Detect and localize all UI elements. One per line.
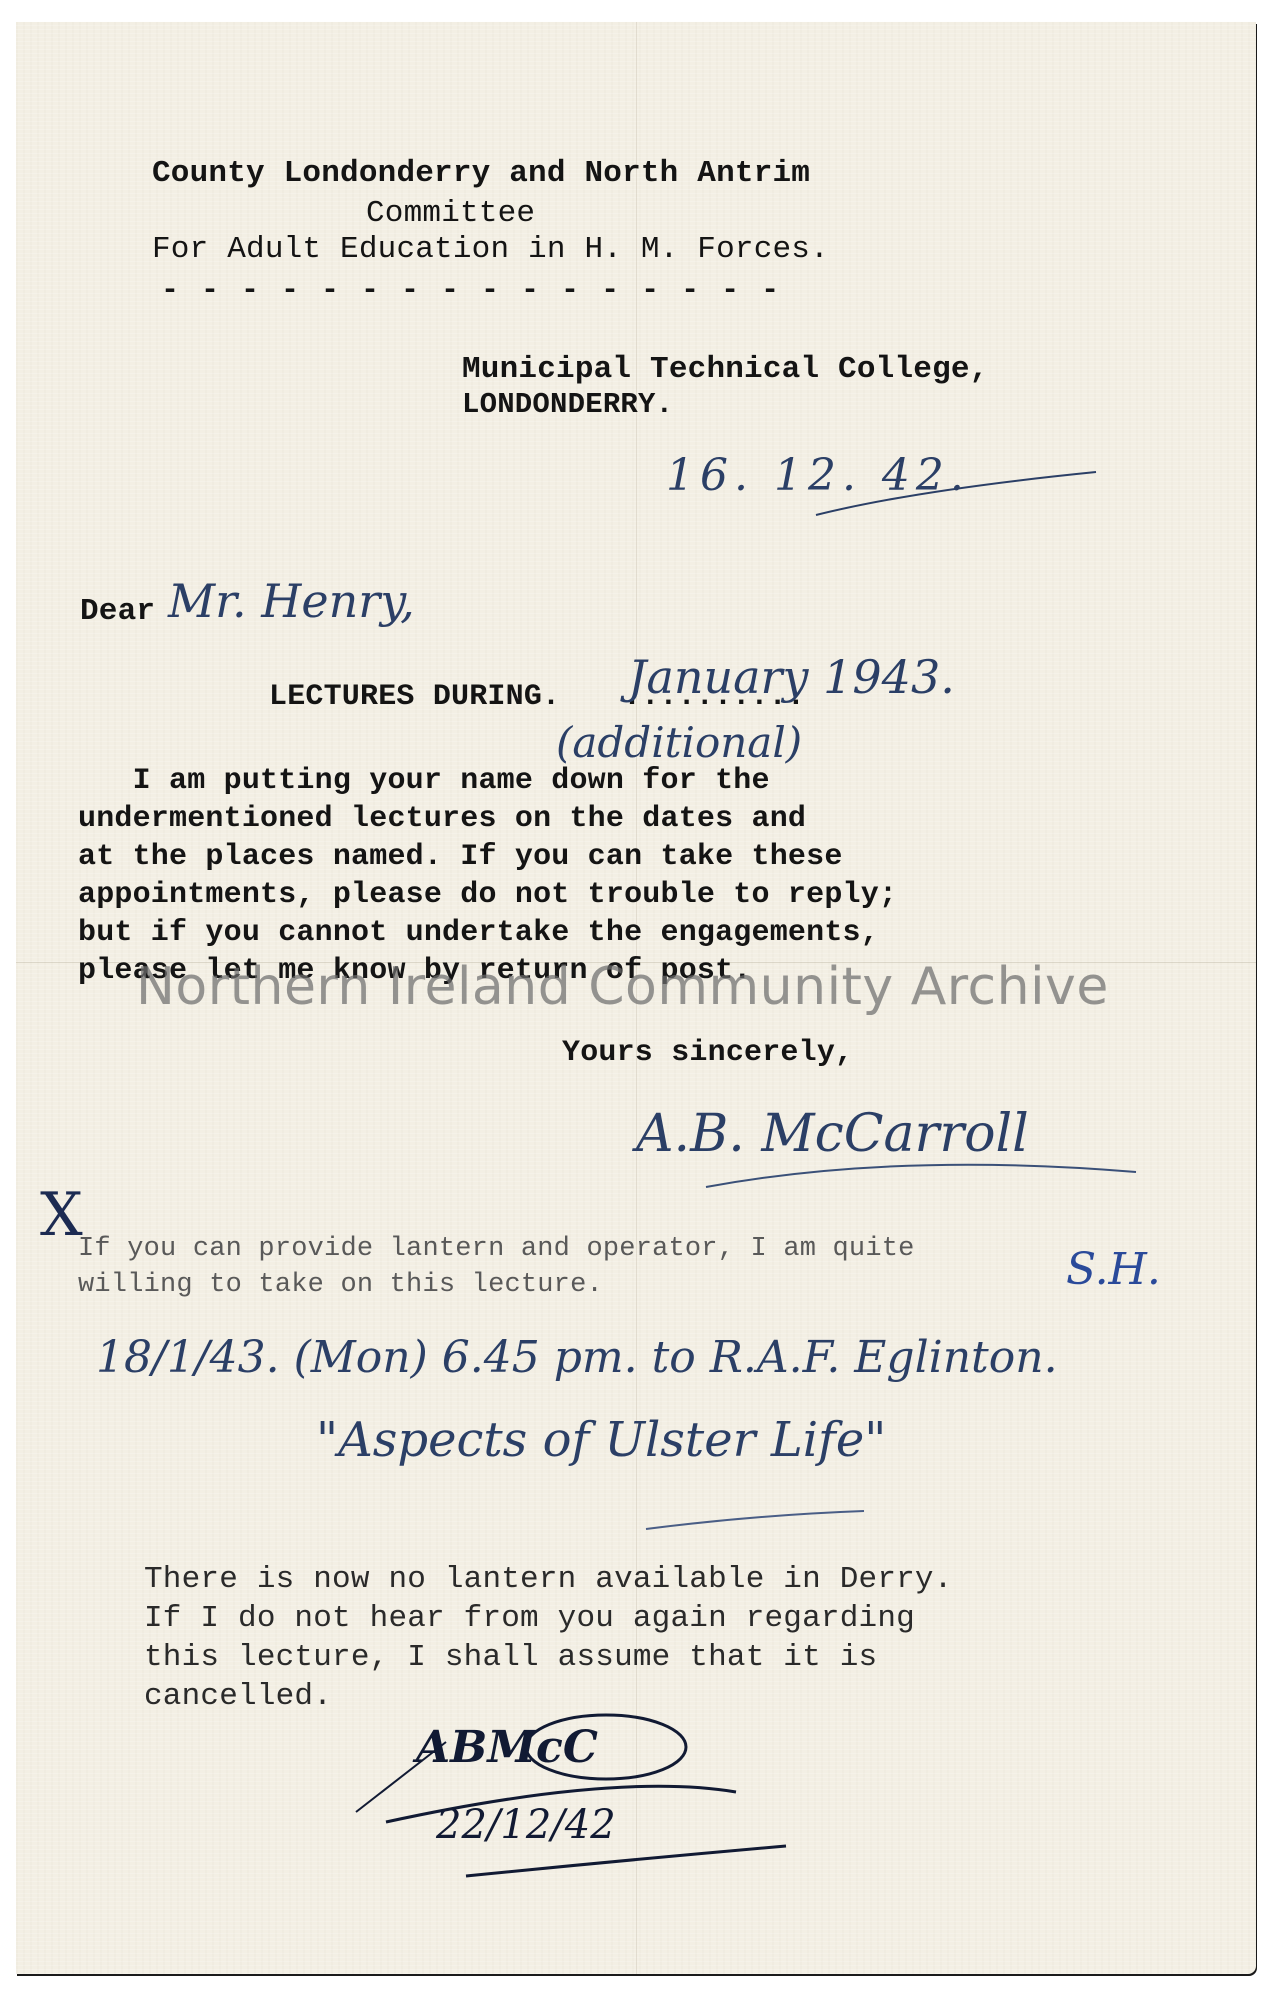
recipient-name: Mr. Henry, <box>168 574 415 628</box>
subject-additional-note: (additional) <box>556 718 802 767</box>
address-line-2: LONDONDERRY. <box>462 388 673 421</box>
reply-initials: S.H. <box>1066 1244 1161 1295</box>
followup-line: this lecture, I shall assume that it is <box>144 1640 877 1675</box>
address-line-1: Municipal Technical College, <box>462 352 989 387</box>
reply-line: If you can provide lantern and operator,… <box>78 1234 915 1264</box>
followup-line: cancelled. <box>144 1679 332 1714</box>
lecture-title: "Aspects of Ulster Life" <box>316 1412 886 1468</box>
subject-month: January 1943. <box>628 650 955 704</box>
body-line: appointments, please do not trouble to r… <box>78 878 897 912</box>
archive-watermark: Northern Ireland Community Archive <box>136 957 1109 1017</box>
body-line: but if you cannot undertake the engageme… <box>78 916 879 950</box>
letterhead-line-2: Committee <box>366 196 535 231</box>
reply-line: willing to take on this lecture. <box>78 1270 603 1300</box>
followup-line: If I do not hear from you again regardin… <box>144 1601 915 1636</box>
signature-underline <box>696 1142 1156 1202</box>
letter-page: County Londonderry and North Antrim Comm… <box>16 22 1256 1974</box>
letterhead-divider: - - - - - - - - - - - - - - - - <box>161 274 781 308</box>
body-line: undermentioned lectures on the dates and <box>78 802 806 836</box>
letterhead-line-3: For Adult Education in H. M. Forces. <box>152 232 829 267</box>
salutation-dear: Dear <box>80 594 155 629</box>
letterhead-line-1: County Londonderry and North Antrim <box>152 156 810 191</box>
reply-x-mark: X <box>40 1180 83 1250</box>
followup-line: There is now no lantern available in Der… <box>144 1562 953 1597</box>
body-line: I am putting your name down for the <box>78 764 770 798</box>
followup-date-underline <box>456 1842 796 1882</box>
body-line: at the places named. If you can take the… <box>78 840 843 874</box>
lecture-details: 18/1/43. (Mon) 6.45 pm. to R.A.F. Eglint… <box>96 1332 1058 1383</box>
closing: Yours sincerely, <box>562 1036 853 1070</box>
date-flourish <box>796 460 1116 530</box>
lecture-underline <box>636 1507 876 1537</box>
subject-label: LECTURES DURING. <box>269 680 560 714</box>
